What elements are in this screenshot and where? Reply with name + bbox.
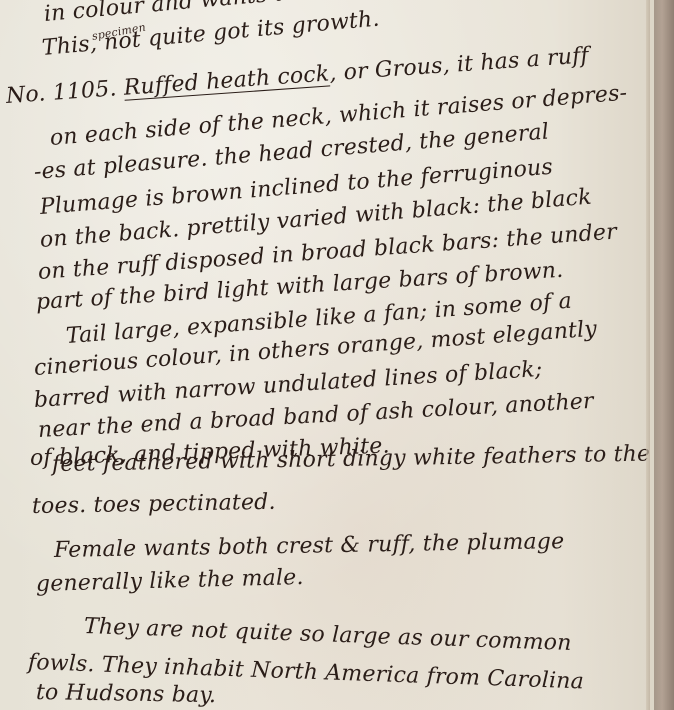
entry-heading-rest: , or Grous, it has a ruff <box>328 43 589 86</box>
entry-number: No. 1105. <box>5 76 117 109</box>
text-line: toes. toes pectinated. <box>32 490 276 519</box>
book-binding <box>654 0 674 710</box>
manuscript-page: in colour and wants th… specimen This, n… <box>0 0 654 710</box>
text-line: They are not quite so large as our commo… <box>84 614 572 656</box>
text-line: to Hudsons bay. <box>36 680 217 708</box>
text-line: Female wants both crest & ruff, the plum… <box>54 529 565 563</box>
page-edge <box>646 0 650 710</box>
species-name: Ruffed heath cock <box>123 61 330 100</box>
text-line: generally like the male. <box>36 565 304 597</box>
